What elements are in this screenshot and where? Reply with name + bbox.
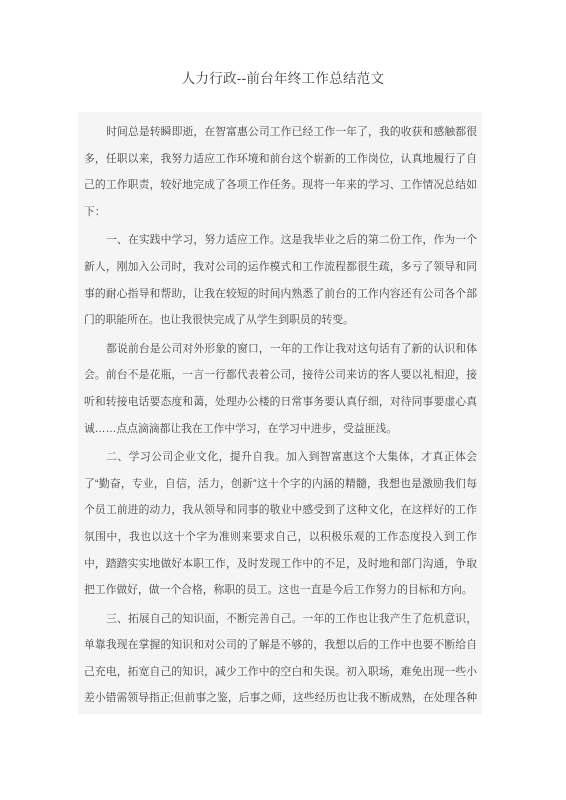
document-body: 时间总是转瞬即逝，在智富惠公司工作已经工作一年了，我的收获和感触都很多，任职以来… [78, 112, 482, 714]
paragraph-section-3-expand-knowledge: 三、拓展自己的知识面，不断完善自己。一年的工作也让我产生了危机意识，单靠我现在掌… [84, 606, 477, 714]
paragraph-section-1-practice-learning: 一、在实践中学习，努力适应工作。这是我毕业之后的第二份工作，作为一个新人，刚加入… [84, 227, 477, 333]
document-title: 人力行政--前台年终工作总结范文 [0, 67, 566, 87]
document-page: 人力行政--前台年终工作总结范文 时间总是转瞬即逝，在智富惠公司工作已经工作一年… [0, 0, 566, 800]
paragraph-section-2-company-culture: 二、学习公司企业文化，提升自我。加入到智富惠这个大集体，才真正体会了“勤奋，专业… [84, 444, 477, 604]
paragraph-intro: 时间总是转瞬即逝，在智富惠公司工作已经工作一年了，我的收获和感触都很多，任职以来… [84, 119, 477, 225]
paragraph-front-desk-window: 都说前台是公司对外形象的窗口，一年的工作让我对这句话有了新的认识和体会。前台不是… [84, 336, 477, 442]
